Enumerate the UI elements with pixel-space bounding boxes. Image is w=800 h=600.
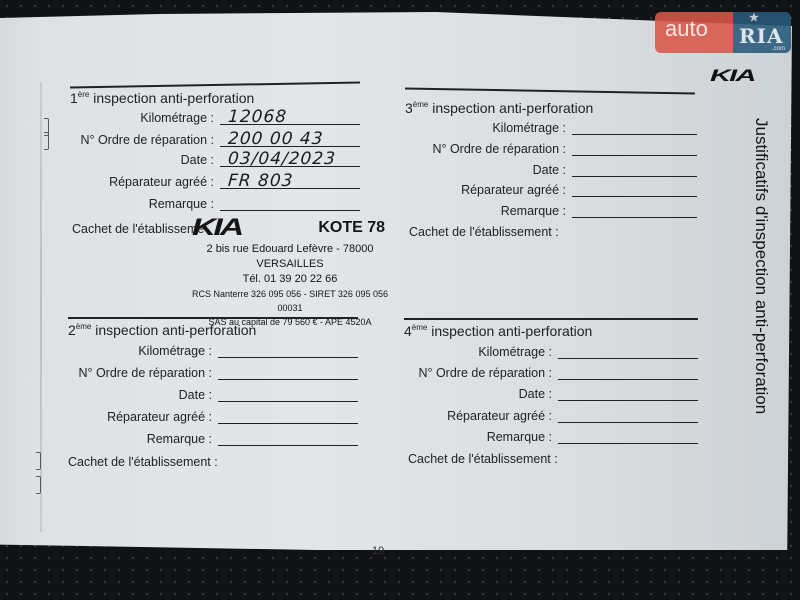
reparateur-row: Réparateur agréé : bbox=[461, 182, 697, 197]
reparateur-label: Réparateur agréé : bbox=[109, 175, 214, 189]
kilometrage-row: Kilométrage : bbox=[138, 343, 358, 358]
kilometrage-field[interactable] bbox=[218, 343, 358, 358]
side-title-text: Justificatifs d'inspection anti-perforat… bbox=[751, 118, 771, 414]
remarque-label: Remarque : bbox=[147, 432, 212, 446]
ordre-label: N° Ordre de réparation : bbox=[432, 142, 566, 156]
cachet-label: Cachet de l'établissement : bbox=[68, 455, 218, 469]
inspection-1: 1ère inspection anti-perforation Kilomét… bbox=[70, 84, 360, 234]
reparateur-field[interactable] bbox=[218, 409, 358, 424]
reparateur-field[interactable] bbox=[558, 408, 698, 423]
ordre-field[interactable] bbox=[218, 365, 358, 380]
remarque-label: Remarque : bbox=[149, 197, 214, 211]
reparateur-row: Réparateur agréé : bbox=[107, 409, 358, 424]
remarque-row: Remarque : bbox=[149, 196, 360, 211]
remarque-label: Remarque : bbox=[501, 204, 566, 218]
kilometrage-label: Kilométrage : bbox=[492, 121, 566, 135]
section-title: 1ère inspection anti-perforation bbox=[70, 90, 254, 106]
remarque-row: Remarque : bbox=[487, 429, 698, 444]
date-field[interactable] bbox=[572, 162, 697, 177]
inspection-4: 4ème inspection anti-perforation Kilomét… bbox=[404, 318, 698, 468]
dealer-stamp: KIA KOTE 78 2 bis rue Edouard Lefèvre - … bbox=[185, 214, 395, 329]
remarque-row: Remarque : bbox=[147, 431, 358, 446]
remarque-field[interactable] bbox=[572, 203, 697, 218]
watermark-ria: ★ RIA .com bbox=[733, 12, 791, 53]
reparateur-row: Réparateur agréé : bbox=[447, 408, 698, 423]
dealer-phone: Tél. 01 39 20 22 66 bbox=[185, 272, 395, 287]
kilometrage-row: Kilométrage : bbox=[478, 344, 698, 359]
cachet-label: Cachet de l'établissement : bbox=[408, 452, 558, 466]
section-rule bbox=[404, 318, 698, 320]
ordre-label: N° Ordre de réparation : bbox=[418, 366, 552, 380]
date-label: Date : bbox=[181, 153, 214, 167]
reparateur-row: Réparateur agréé : FR 803 bbox=[109, 174, 360, 189]
staple bbox=[44, 132, 49, 150]
reparateur-label: Réparateur agréé : bbox=[107, 410, 212, 424]
section-title: 4ème inspection anti-perforation bbox=[404, 323, 592, 339]
staple bbox=[36, 476, 41, 494]
ordre-row: N° Ordre de réparation : bbox=[78, 365, 358, 380]
staple bbox=[36, 452, 41, 470]
remarque-label: Remarque : bbox=[487, 430, 552, 444]
date-label: Date : bbox=[179, 388, 212, 402]
reparateur-field[interactable]: FR 803 bbox=[220, 174, 360, 189]
kilometrage-label: Kilométrage : bbox=[478, 345, 552, 359]
section-title: 3ème inspection anti-perforation bbox=[405, 100, 593, 116]
inspection-2: 2ème inspection anti-perforation Kilomét… bbox=[68, 317, 358, 467]
reparateur-value: FR 803 bbox=[227, 171, 294, 191]
star-icon: ★ bbox=[749, 11, 759, 24]
side-title: Justificatifs d'inspection anti-perforat… bbox=[751, 118, 771, 528]
remarque-field[interactable] bbox=[218, 431, 358, 446]
date-label: Date : bbox=[533, 163, 566, 177]
ordre-label: N° Ordre de réparation : bbox=[80, 133, 214, 147]
dealer-rcs: RCS Nanterre 326 095 056 - SIRET 326 095… bbox=[185, 287, 395, 315]
date-row: Date : bbox=[533, 162, 697, 177]
date-row: Date : bbox=[519, 386, 698, 401]
watermark-ria-text: RIA bbox=[739, 24, 784, 48]
reparateur-field[interactable] bbox=[572, 182, 697, 197]
reparateur-label: Réparateur agréé : bbox=[447, 409, 552, 423]
inspection-3: 3ème inspection anti-perforation Kilomét… bbox=[405, 90, 695, 240]
kilometrage-field[interactable] bbox=[572, 120, 697, 135]
date-field[interactable]: 03/04/2023 bbox=[220, 152, 360, 167]
reparateur-label: Réparateur agréé : bbox=[461, 183, 566, 197]
cachet-label: Cachet de l'établissement : bbox=[409, 225, 559, 239]
kilometrage-field[interactable] bbox=[558, 344, 698, 359]
dealer-name: KOTE 78 bbox=[318, 219, 385, 237]
remarque-row: Remarque : bbox=[501, 203, 697, 218]
date-field[interactable] bbox=[218, 387, 358, 402]
page-number: 19 bbox=[372, 545, 384, 557]
dealer-address: 2 bis rue Edouard Lefèvre - 78000 VERSAI… bbox=[185, 242, 395, 272]
section-title: 2ème inspection anti-perforation bbox=[68, 322, 256, 338]
remarque-field[interactable] bbox=[558, 429, 698, 444]
remarque-field[interactable] bbox=[220, 196, 360, 211]
ordre-field[interactable] bbox=[558, 365, 698, 380]
kilometrage-value: 12068 bbox=[227, 107, 287, 127]
ordre-row: N° Ordre de réparation : bbox=[418, 365, 698, 380]
autoria-watermark: auto ★ RIA .com bbox=[655, 12, 791, 53]
date-row: Date : 03/04/2023 bbox=[181, 152, 360, 167]
watermark-auto: auto bbox=[655, 12, 733, 53]
ordre-field[interactable]: 200 00 43 bbox=[220, 132, 360, 147]
ordre-value: 200 00 43 bbox=[227, 129, 324, 149]
section-rule bbox=[68, 317, 358, 319]
date-row: Date : bbox=[179, 387, 358, 402]
kilometrage-label: Kilométrage : bbox=[140, 111, 214, 125]
kilometrage-row: Kilométrage : bbox=[492, 120, 697, 135]
date-value: 03/04/2023 bbox=[227, 149, 336, 169]
date-field[interactable] bbox=[558, 386, 698, 401]
kia-brand-logo: KIA bbox=[710, 66, 755, 86]
ordre-row: N° Ordre de réparation : bbox=[432, 141, 697, 156]
watermark-domain: .com bbox=[772, 46, 785, 52]
ordre-field[interactable] bbox=[572, 141, 697, 156]
kilometrage-label: Kilométrage : bbox=[138, 344, 212, 358]
ordre-row: N° Ordre de réparation : 200 00 43 bbox=[80, 132, 360, 147]
ordre-label: N° Ordre de réparation : bbox=[78, 366, 212, 380]
kilometrage-field[interactable]: 12068 bbox=[220, 110, 360, 125]
date-label: Date : bbox=[519, 387, 552, 401]
kilometrage-row: Kilométrage : 12068 bbox=[140, 110, 360, 125]
kia-logo: KIA bbox=[192, 214, 241, 242]
